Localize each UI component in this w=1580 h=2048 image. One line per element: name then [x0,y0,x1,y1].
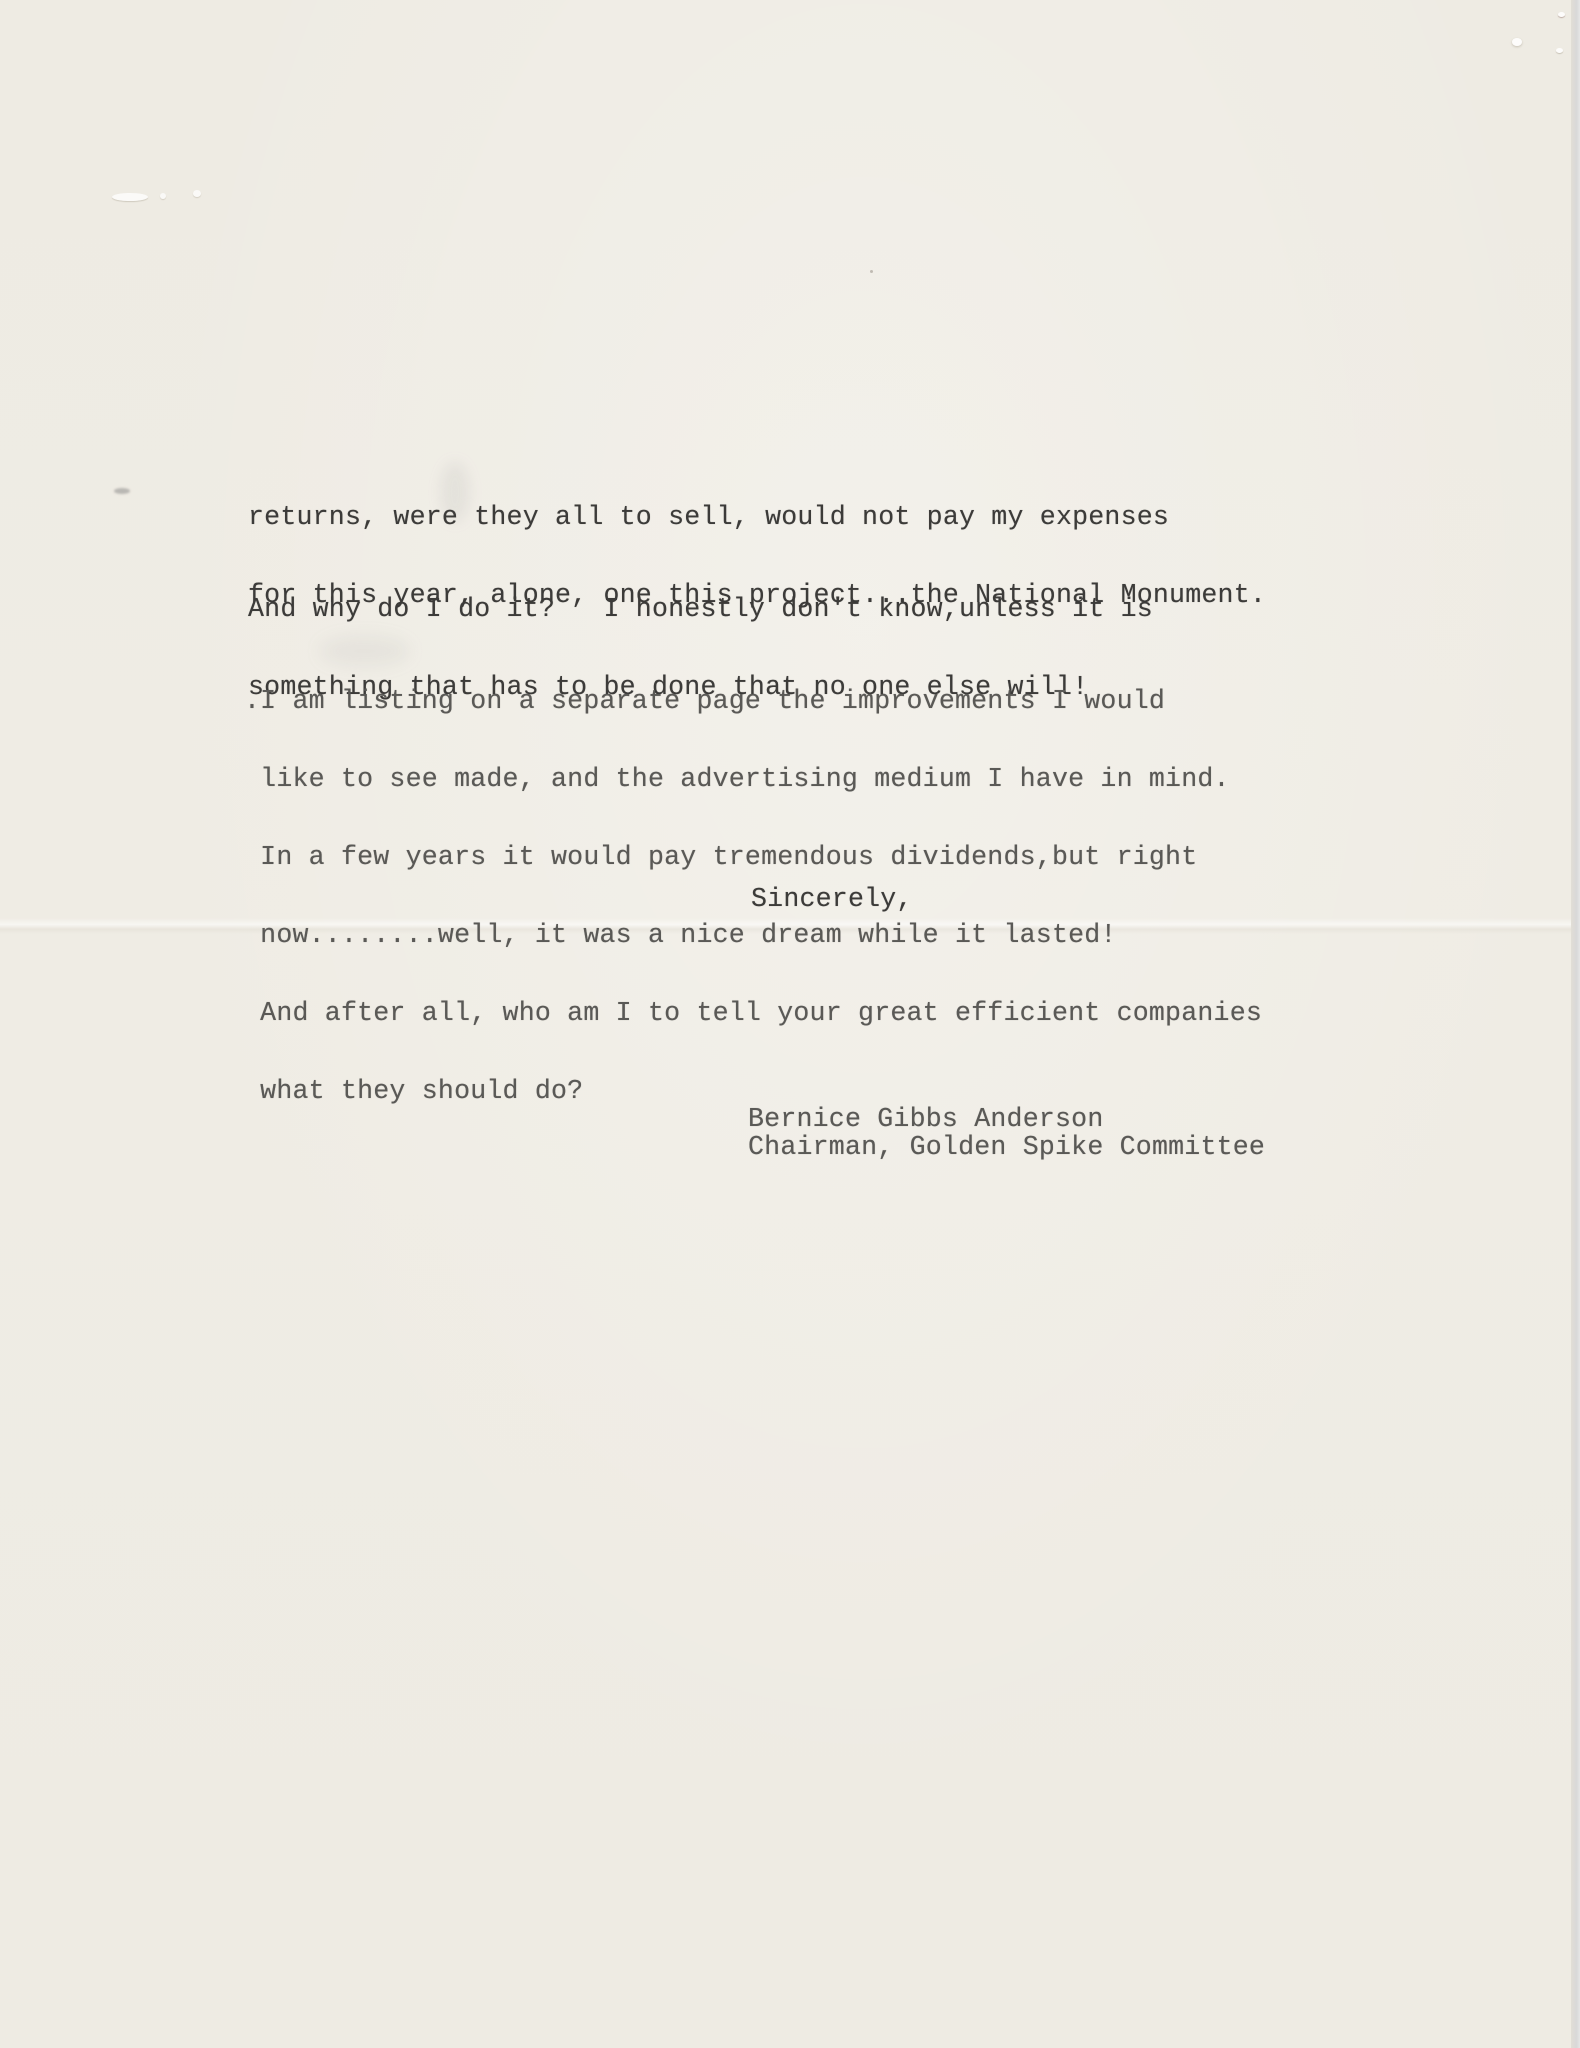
text-line: And why do I do it? I honestly don't kno… [248,596,1153,622]
signature-name: Bernice Gibbs Anderson [748,1106,1104,1132]
paper-blemish [1558,12,1565,17]
paper-speck [870,270,873,273]
paper-blemish [1556,48,1563,53]
signature-title: Chairman, Golden Spike Committee [748,1134,1265,1160]
text-line: In a few years it would pay tremendous d… [244,844,1262,870]
closing-salutation: Sincerely, [751,886,913,912]
text-line: now........well, it was a nice dream whi… [244,922,1262,948]
text-line: returns, were they all to sell, would no… [248,504,1266,530]
paper-blemish [193,190,201,197]
text-line: .I am listing on a separate page the imp… [244,688,1262,714]
paper-blemish [1512,38,1522,46]
letter-page: returns, were they all to sell, would no… [0,0,1571,2048]
scan-edge [1571,0,1580,2048]
text-line: And after all, who am I to tell your gre… [244,1000,1262,1026]
ink-smudge [114,488,130,494]
paper-blemish [112,193,148,201]
paper-blemish [160,193,166,199]
text-line: what they should do? [244,1078,1262,1104]
text-line: like to see made, and the advertising me… [244,766,1262,792]
